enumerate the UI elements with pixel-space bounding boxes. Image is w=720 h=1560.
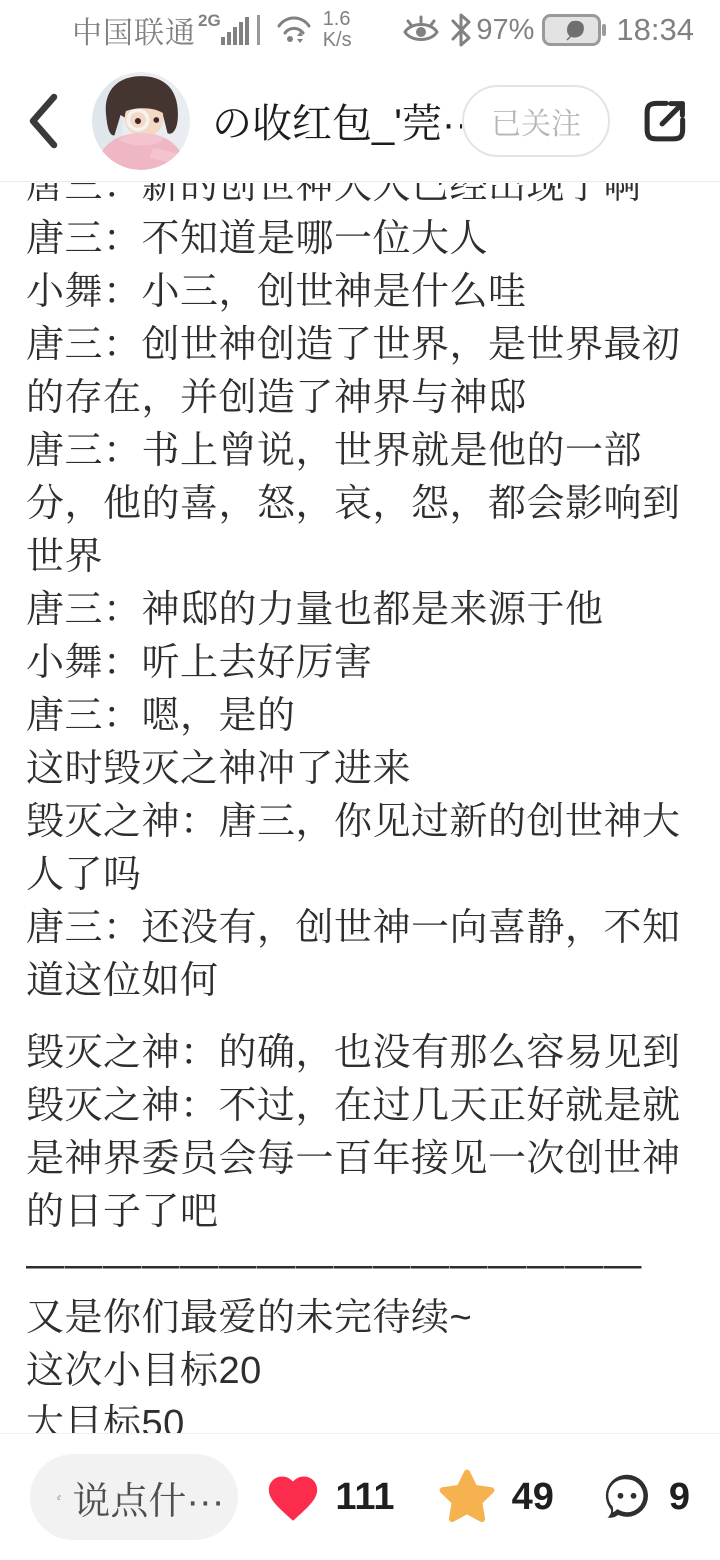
post-line: 唐三：还没有，创世神一向喜静，不知	[26, 902, 700, 955]
star-icon	[435, 1466, 499, 1528]
post-line: 道这位如何	[26, 955, 700, 1008]
post-line: 是神界委员会每一百年接见一次创世神	[26, 1133, 700, 1186]
like-button[interactable]: 111	[264, 1470, 394, 1524]
status-bar: 中国联通 2G 1.6 K/s	[0, 0, 720, 60]
back-button[interactable]	[26, 86, 76, 156]
heart-icon	[264, 1470, 322, 1524]
post-content: 唐三：新的创世神大人已经出现了啊唐三：不知道是哪一位大人小舞：小三，创世神是什么…	[0, 183, 720, 1433]
post-line: 人了吗	[26, 849, 700, 902]
post-line: 唐三：创世神创造了世界，是世界最初	[26, 319, 700, 372]
post-lines: 唐三：新的创世神大人已经出现了啊唐三：不知道是哪一位大人小舞：小三，创世神是什么…	[0, 183, 720, 1433]
page-title: の收红包_'莞···	[212, 92, 462, 149]
collect-button[interactable]: 49	[435, 1466, 554, 1528]
bluetooth-icon	[448, 11, 474, 49]
post-line: 小舞：听上去好厉害	[26, 637, 700, 690]
post-line: 世界	[26, 531, 700, 584]
comment-placeholder: 说点什···	[72, 1470, 224, 1525]
status-left-cluster: 中国联通 2G 1.6 K/s	[72, 8, 352, 52]
post-line: 分，他的喜，怒，哀，怨，都会影响到	[26, 478, 700, 531]
post-line: 又是你们最爱的未完待续~	[26, 1292, 700, 1345]
avatar-image	[92, 72, 190, 170]
speed-unit: K/s	[323, 30, 352, 51]
post-line: ————————————————	[26, 1239, 700, 1292]
pen-icon	[56, 1479, 62, 1515]
network-speed: 1.6 K/s	[323, 9, 352, 51]
network-type-badge: 2G	[198, 11, 221, 31]
post-line: 毁灭之神：不过，在过几天正好就是就	[26, 1080, 700, 1133]
signal-strength-icon	[221, 13, 265, 47]
battery-percent: 97%	[476, 14, 534, 47]
header: の收红包_'莞··· 已关注	[0, 60, 720, 182]
post-line: 唐三：书上曾说，世界就是他的一部	[26, 425, 700, 478]
collect-count: 49	[512, 1476, 554, 1519]
post-line: 唐三：不知道是哪一位大人	[26, 213, 700, 266]
post-line: 毁灭之神：的确，也没有那么容易见到	[26, 1027, 700, 1080]
follow-button[interactable]: 已关注	[462, 85, 610, 157]
share-button[interactable]	[636, 92, 694, 150]
status-right-cluster: 97% 18:34	[400, 11, 694, 49]
avatar[interactable]	[92, 72, 190, 170]
post-line	[26, 1008, 700, 1027]
like-count: 111	[335, 1476, 394, 1519]
post-line: 唐三：嗯，是的	[26, 690, 700, 743]
eye-comfort-icon	[400, 12, 442, 48]
comment-bubble-icon	[598, 1468, 656, 1526]
comment-input[interactable]: 说点什···	[30, 1454, 238, 1540]
wifi-icon	[273, 12, 315, 48]
share-icon	[636, 92, 694, 150]
post-line: 的日子了吧	[26, 1186, 700, 1239]
post-line: 的存在，并创造了神界与神邸	[26, 372, 700, 425]
post-line: 大目标50	[26, 1398, 700, 1433]
battery-icon	[542, 12, 608, 48]
post-line: 小舞：小三，创世神是什么哇	[26, 266, 700, 319]
carrier-label: 中国联通	[72, 8, 196, 52]
post-line: 毁灭之神：唐三，你见过新的创世神大	[26, 796, 700, 849]
post-line: 唐三：新的创世神大人已经出现了啊	[26, 183, 700, 213]
comment-button[interactable]: 9	[598, 1468, 690, 1526]
bottom-bar: 说点什··· 111 49 9	[0, 1433, 720, 1560]
speed-value: 1.6	[323, 9, 352, 30]
post-line: 这时毁灭之神冲了进来	[26, 743, 700, 796]
post-line: 唐三：神邸的力量也都是来源于他	[26, 584, 700, 637]
back-chevron-icon	[26, 92, 60, 150]
clock-time: 18:34	[616, 12, 694, 48]
comment-count: 9	[669, 1476, 690, 1519]
post-line: 这次小目标20	[26, 1345, 700, 1398]
